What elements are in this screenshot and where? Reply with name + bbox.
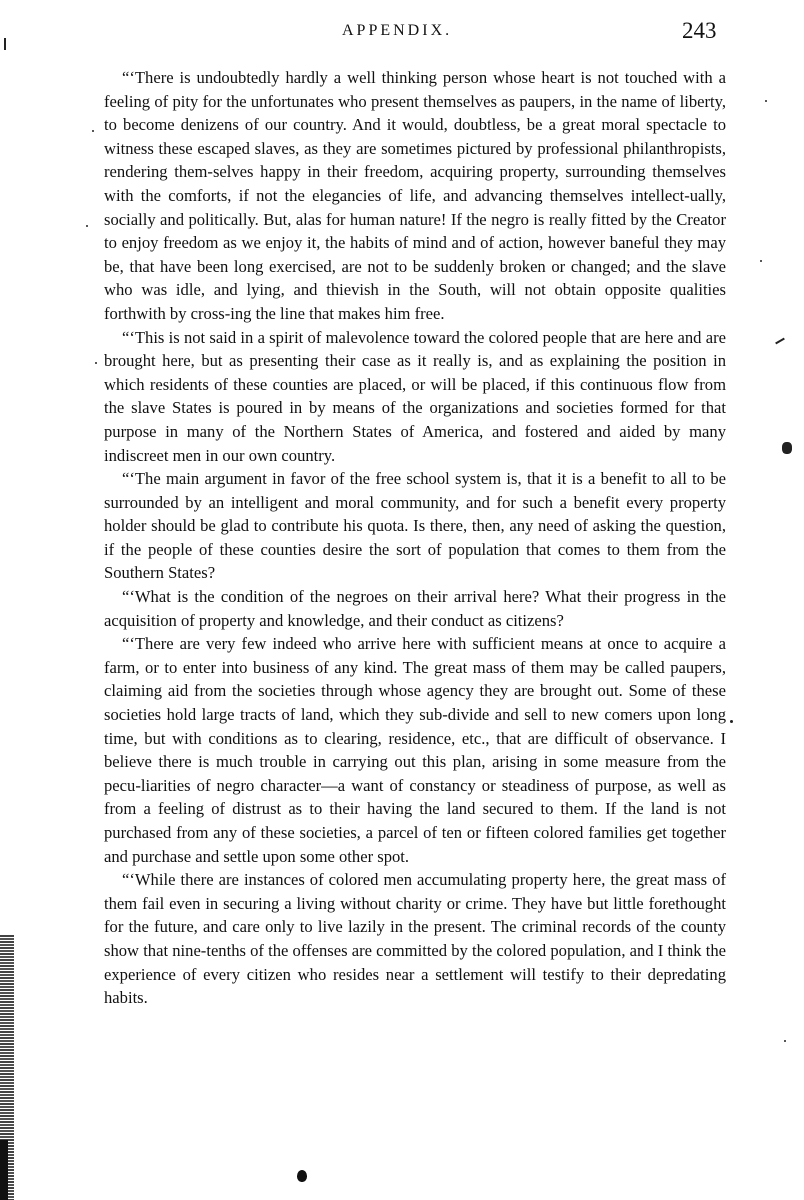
ink-blot-ornament [297, 1170, 307, 1182]
running-title: APPENDIX. [342, 22, 452, 40]
paragraph: “‘There are very few indeed who arrive h… [104, 632, 726, 868]
page-number: 243 [682, 18, 717, 44]
binding-shadow-edge [0, 1140, 8, 1200]
scan-speck [784, 1040, 786, 1042]
paragraph: “‘While there are instances of colored m… [104, 868, 726, 1010]
paragraph: “‘What is the condition of the negroes o… [104, 585, 726, 632]
scan-speck [86, 225, 88, 227]
body-text: “‘There is undoubtedly hardly a well thi… [104, 66, 726, 1010]
paragraph: “‘The main argument in favor of the free… [104, 467, 726, 585]
paragraph: “‘This is not said in a spirit of malevo… [104, 326, 726, 468]
running-head: APPENDIX. 243 [0, 22, 804, 52]
scanned-book-page: APPENDIX. 243 “‘There is undoubtedly har… [0, 0, 804, 1200]
scan-speck [95, 362, 97, 364]
scan-speck [92, 130, 94, 132]
paragraph: “‘There is undoubtedly hardly a well thi… [104, 66, 726, 326]
scan-speck [730, 720, 733, 723]
scan-speck [760, 260, 762, 262]
scan-artifact-dash [775, 338, 785, 345]
scan-speck [765, 100, 767, 102]
scan-artifact-smudge [782, 442, 792, 454]
